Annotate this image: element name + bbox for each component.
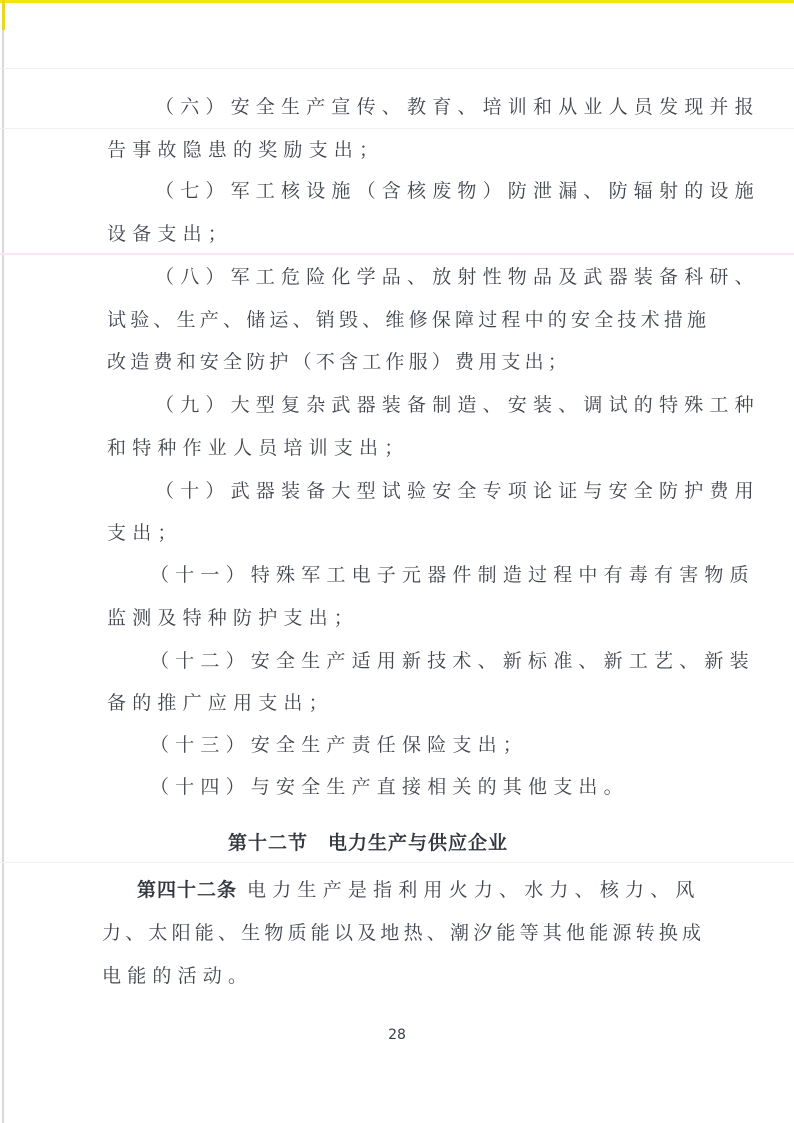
article-label: 第四十二条 xyxy=(137,879,237,901)
paragraph-line: 告事故隐患的奖励支出； xyxy=(107,138,384,162)
page-number: 28 xyxy=(0,1027,794,1043)
paragraph-line: （十四）与安全生产直接相关的其他支出。 xyxy=(150,775,629,799)
scan-artifact-line xyxy=(0,68,794,69)
paragraph-line: （十）武器装备大型试验安全专项论证与安全防护费用 xyxy=(155,479,760,503)
paragraph-line: 电能的活动。 xyxy=(102,964,253,988)
scan-artifact-line xyxy=(0,862,794,863)
scan-left-edge xyxy=(2,0,4,1123)
paragraph-line: 备的推广应用支出； xyxy=(107,691,334,715)
paragraph-line: （七）军工核设施（含核废物）防泄漏、防辐射的设施 xyxy=(155,179,760,203)
scan-artifact-line xyxy=(0,253,794,255)
paragraph-line: 支出； xyxy=(107,521,183,545)
section-heading: 第十二节 电力生产与供应企业 xyxy=(228,831,508,855)
paragraph-line: （八）军工危险化学品、放射性物品及武器装备科研、 xyxy=(155,265,760,289)
paragraph-line: （六）安全生产宣传、教育、培训和从业人员发现并报 xyxy=(155,95,760,119)
article-text: 电力生产是指利用火力、水力、核力、风 xyxy=(247,879,701,901)
paragraph-line: 力、太阳能、生物质能以及地热、潮汐能等其他能源转换成 xyxy=(102,921,705,945)
scan-artifact-line xyxy=(0,128,794,129)
scan-top-edge xyxy=(0,0,794,3)
paragraph-line: （十一）特殊军工电子元器件制造过程中有毒有害物质 xyxy=(150,563,755,587)
paragraph-line: （十三）安全生产责任保险支出； xyxy=(150,733,528,757)
paragraph-line: 监测及特种防护支出； xyxy=(107,606,359,630)
scan-left-edge-highlight xyxy=(2,0,5,30)
article-first-line: 第四十二条电力生产是指利用火力、水力、核力、风 xyxy=(137,878,701,902)
paragraph-line: 试验、生产、储运、销毁、维修保障过程中的安全技术措施 xyxy=(107,308,710,332)
paragraph-line: 改造费和安全防护（不含工作服）费用支出； xyxy=(107,350,571,374)
paragraph-line: （九）大型复杂武器装备制造、安装、调试的特殊工种 xyxy=(155,393,760,417)
paragraph-line: （十二）安全生产适用新技术、新标准、新工艺、新装 xyxy=(150,649,755,673)
paragraph-line: 和特种作业人员培训支出； xyxy=(107,436,409,460)
paragraph-line: 设备支出； xyxy=(107,222,233,246)
